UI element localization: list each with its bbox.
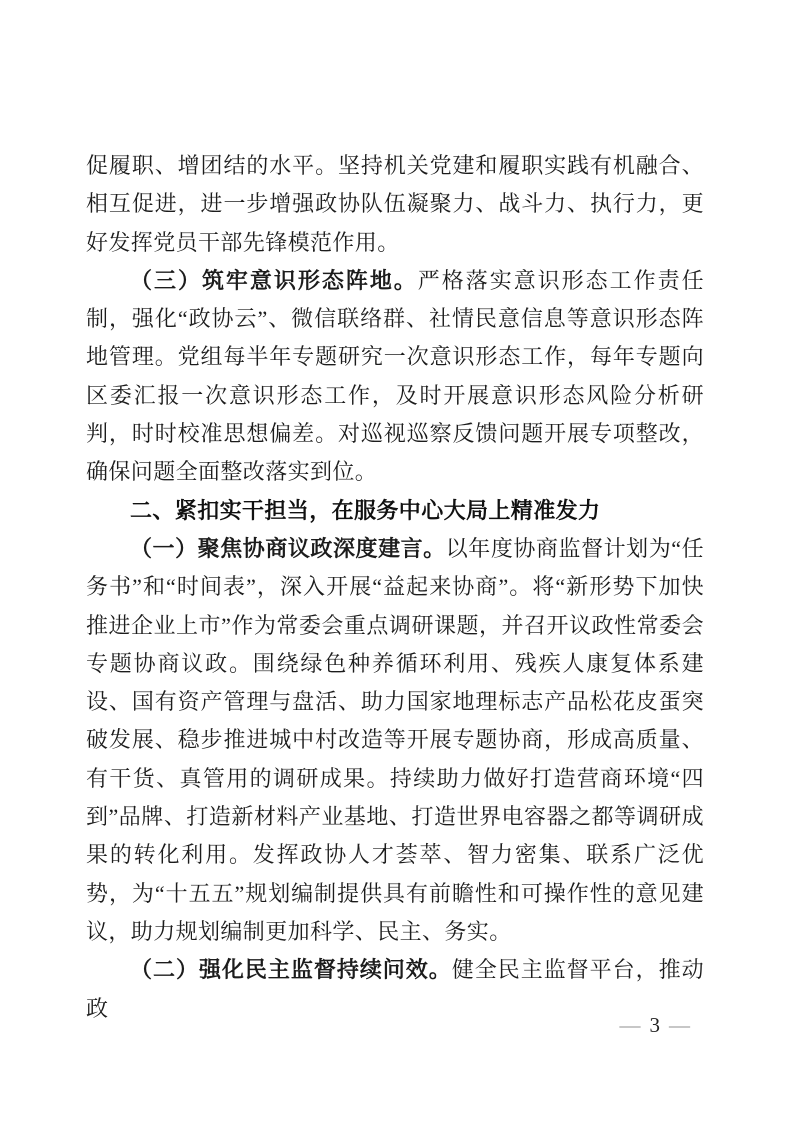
paragraph-text: 促履职、增团结的水平。坚持机关党建和履职实践有机融合、相互促进，进一步增强政协队… xyxy=(86,153,704,255)
paragraph-lead: （一）聚焦协商议政深度建言。 xyxy=(130,536,446,561)
document-page: 促履职、增团结的水平。坚持机关党建和履职实践有机融合、相互促进，进一步增强政协队… xyxy=(0,0,793,1122)
paragraph: （一）聚焦协商议政深度建言。以年度协商监督计划为“任务书”和“时间表”，深入开展… xyxy=(86,530,704,951)
document-body: 促履职、增团结的水平。坚持机关党建和履职实践有机融合、相互促进，进一步增强政协队… xyxy=(86,147,704,1028)
page-number-dash-right: — xyxy=(669,1013,690,1037)
paragraph: （三）筑牢意识形态阵地。严格落实意识形态工作责任制，强化“政协云”、微信联络群、… xyxy=(86,262,704,492)
page-number: —3— xyxy=(611,1011,700,1039)
paragraph-text: 严格落实意识形态工作责任制，强化“政协云”、微信联络群、社情民意信息等意识形态阵… xyxy=(86,268,704,484)
page-number-value: 3 xyxy=(650,1013,661,1037)
paragraph-lead: （三）筑牢意识形态阵地。 xyxy=(130,268,418,293)
paragraph-continuation: 促履职、增团结的水平。坚持机关党建和履职实践有机融合、相互促进，进一步增强政协队… xyxy=(86,147,704,262)
section-heading: 二、紧扣实干担当，在服务中心大局上精准发力 xyxy=(86,492,704,530)
page-number-dash-left: — xyxy=(620,1013,641,1037)
paragraph-lead: （二）强化民主监督持续问效。 xyxy=(130,957,452,982)
paragraph-text: 以年度协商监督计划为“任务书”和“时间表”，深入开展“益起来协商”。将“新形势下… xyxy=(86,536,704,944)
